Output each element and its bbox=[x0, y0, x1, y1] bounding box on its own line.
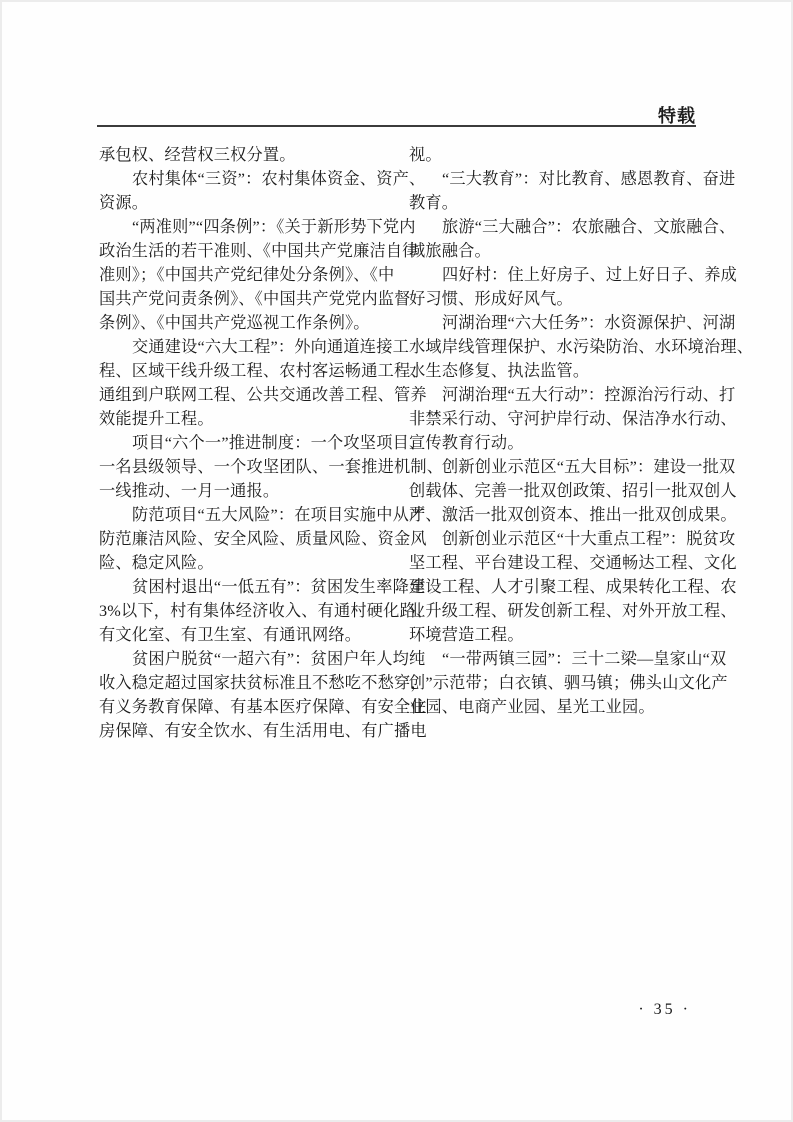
text-line: 有文化室、有卫生室、有通讯网络。 bbox=[99, 623, 392, 647]
text-line: 险、稳定风险。 bbox=[99, 551, 392, 575]
text-line: 国共产党问责条例》、《中国共产党党内监督 bbox=[99, 287, 392, 311]
text-line: 防范项目“五大风险”：在项目实施中从严 bbox=[99, 503, 392, 527]
text-line: 效能提升工程。 bbox=[99, 407, 392, 431]
text-line: 创”示范带；白衣镇、驷马镇；佛头山文化产 bbox=[409, 671, 702, 695]
text-line: 水生态修复、执法监管。 bbox=[409, 359, 702, 383]
text-line: 项目“六个一”推进制度：一个攻坚项目、 bbox=[99, 431, 392, 455]
text-line: 河湖治理“六大任务”：水资源保护、河湖 bbox=[409, 311, 702, 335]
text-line: 视。 bbox=[409, 143, 702, 167]
text-line: 交通建设“六大工程”：外向通道连接工 bbox=[99, 335, 392, 359]
text-line: 城旅融合。 bbox=[409, 239, 702, 263]
text-line: 才、激活一批双创资本、推出一批双创成果。 bbox=[409, 503, 702, 527]
document-page: 特载 承包权、经营权三权分置。农村集体“三资”：农村集体资金、资产、资源。“两准… bbox=[0, 0, 793, 1122]
text-line: 准则》；《中国共产党纪律处分条例》、《中 bbox=[99, 263, 392, 287]
text-line: 非禁采行动、守河护岸行动、保洁净水行动、 bbox=[409, 407, 702, 431]
text-line: 环境营造工程。 bbox=[409, 623, 702, 647]
text-line: 旅游“三大融合”：农旅融合、文旅融合、 bbox=[409, 215, 702, 239]
two-column-text: 承包权、经营权三权分置。农村集体“三资”：农村集体资金、资产、资源。“两准则”“… bbox=[99, 143, 702, 743]
text-line: 贫困村退出“一低五有”：贫困发生率降至 bbox=[99, 575, 392, 599]
text-line: 3%以下，村有集体经济收入、有通村硬化路、 bbox=[99, 599, 392, 623]
text-line: 一名县级领导、一个攻坚团队、一套推进机制、 bbox=[99, 455, 392, 479]
text-line: 一线推动、一月一通报。 bbox=[99, 479, 392, 503]
page-number: · 35 · bbox=[638, 1001, 691, 1019]
text-line: 有义务教育保障、有基本医疗保障、有安全住 bbox=[99, 695, 392, 719]
text-line: 贫困户脱贫“一超六有”：贫困户年人均纯 bbox=[99, 647, 392, 671]
text-line: 河湖治理“五大行动”：控源治污行动、打 bbox=[409, 383, 702, 407]
text-line: 宣传教育行动。 bbox=[409, 431, 702, 455]
text-line: 条例》、《中国共产党巡视工作条例》。 bbox=[99, 311, 392, 335]
text-line: 农村集体“三资”：农村集体资金、资产、 bbox=[99, 167, 392, 191]
text-line: 承包权、经营权三权分置。 bbox=[99, 143, 392, 167]
right-column: 视。“三大教育”：对比教育、感恩教育、奋进教育。旅游“三大融合”：农旅融合、文旅… bbox=[409, 143, 702, 743]
text-line: 防范廉洁风险、安全风险、质量风险、资金风 bbox=[99, 527, 392, 551]
text-line: 好习惯、形成好风气。 bbox=[409, 287, 702, 311]
text-line: 业园、电商产业园、星光工业园。 bbox=[409, 695, 702, 719]
text-line: 创载体、完善一批双创政策、招引一批双创人 bbox=[409, 479, 702, 503]
text-line: 创新创业示范区“十大重点工程”：脱贫攻 bbox=[409, 527, 702, 551]
text-line: 业升级工程、研发创新工程、对外开放工程、 bbox=[409, 599, 702, 623]
left-column: 承包权、经营权三权分置。农村集体“三资”：农村集体资金、资产、资源。“两准则”“… bbox=[99, 143, 392, 743]
text-line: 政治生活的若干准则、《中国共产党廉洁自律 bbox=[99, 239, 392, 263]
text-line: 四好村：住上好房子、过上好日子、养成 bbox=[409, 263, 702, 287]
text-line: 资源。 bbox=[99, 191, 392, 215]
text-line: 建设工程、人才引聚工程、成果转化工程、农 bbox=[409, 575, 702, 599]
text-line: 通组到户联网工程、公共交通改善工程、管养 bbox=[99, 383, 392, 407]
text-line: 坚工程、平台建设工程、交通畅达工程、文化 bbox=[409, 551, 702, 575]
text-line: “两准则”“四条例”：《关于新形势下党内 bbox=[99, 215, 392, 239]
text-line: 收入稳定超过国家扶贫标准且不愁吃不愁穿， bbox=[99, 671, 392, 695]
text-line: 创新创业示范区“五大目标”：建设一批双 bbox=[409, 455, 702, 479]
text-line: 水域岸线管理保护、水污染防治、水环境治理、 bbox=[409, 335, 702, 359]
text-line: 程、区域干线升级工程、农村客运畅通工程、 bbox=[99, 359, 392, 383]
text-line: 教育。 bbox=[409, 191, 702, 215]
text-line: “三大教育”：对比教育、感恩教育、奋进 bbox=[409, 167, 702, 191]
header-rule bbox=[97, 125, 696, 127]
text-line: 房保障、有安全饮水、有生活用电、有广播电 bbox=[99, 719, 392, 743]
text-line: “一带两镇三园”：三十二梁—皇家山“双 bbox=[409, 647, 702, 671]
